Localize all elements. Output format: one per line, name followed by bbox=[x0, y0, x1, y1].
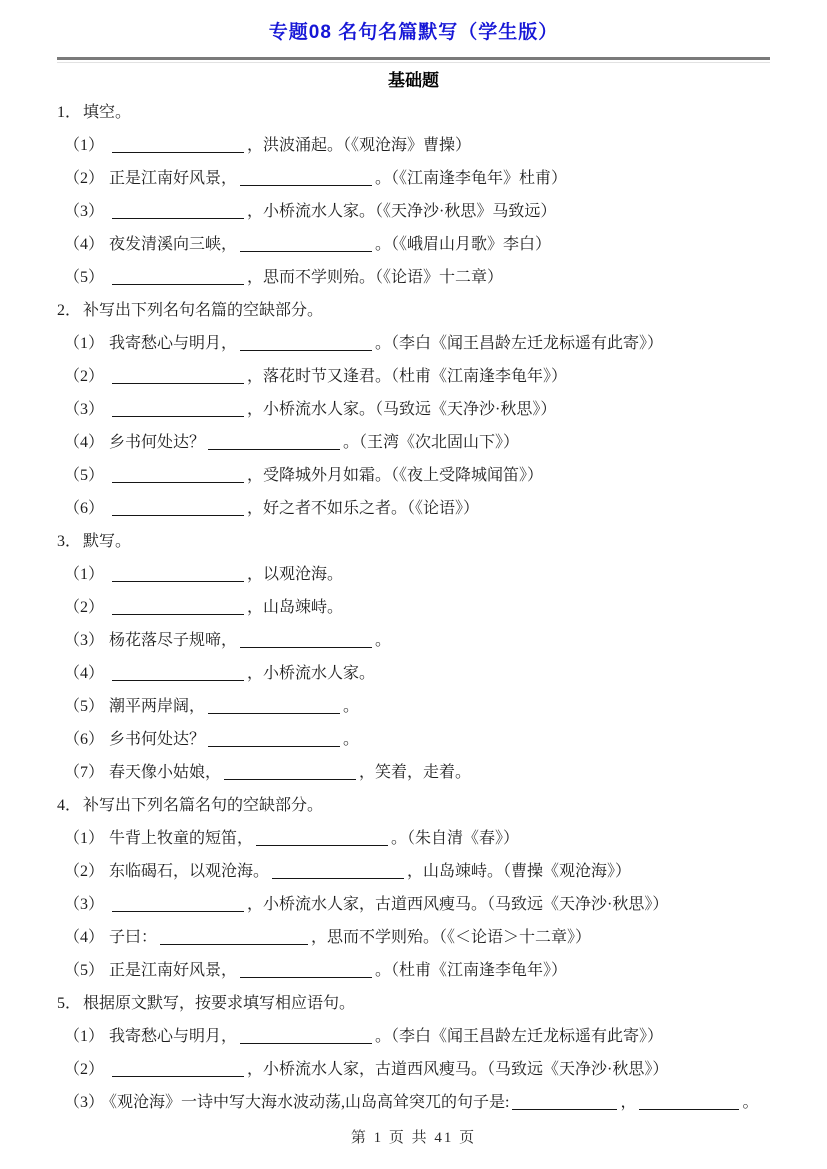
answer-blank bbox=[208, 701, 340, 714]
item-text: 乡书何处达？ bbox=[109, 731, 205, 748]
item-text: 夜发清溪向三峡， bbox=[109, 236, 237, 253]
answer-blank bbox=[272, 866, 404, 879]
answer-blank bbox=[112, 206, 244, 219]
item-label: （2） bbox=[64, 863, 104, 880]
question-item: （6），好之者不如乐之者。（《论语》） bbox=[57, 492, 770, 525]
answer-blank bbox=[112, 404, 244, 417]
question-item: （3），小桥流水人家，古道西风瘦马。（马致远《天净沙·秋思》） bbox=[57, 888, 770, 921]
item-text: 我寄愁心与明月， bbox=[109, 1028, 237, 1045]
item-text: ，落花时节又逢君。（杜甫《江南逢李龟年》） bbox=[247, 368, 567, 385]
question-prompt: 默写。 bbox=[83, 533, 131, 550]
item-text: ，小桥流水人家。（《天净沙·秋思》马致远） bbox=[247, 203, 556, 220]
item-text: ，洪波涌起。（《观沧海》曹操） bbox=[247, 137, 471, 154]
answer-blank bbox=[240, 635, 372, 648]
item-label: （2） bbox=[64, 599, 104, 616]
item-label: （2） bbox=[64, 170, 104, 187]
answer-blank bbox=[240, 239, 372, 252]
item-text: 。（《江南逢李龟年》杜甫） bbox=[375, 170, 567, 187]
answer-blank bbox=[639, 1097, 739, 1110]
item-label: （6） bbox=[64, 731, 104, 748]
item-label: （5） bbox=[64, 698, 104, 715]
item-text: ，山岛竦峙。 bbox=[247, 599, 343, 616]
question-item: （2），小桥流水人家，古道西风瘦马。（马致远《天净沙·秋思》） bbox=[57, 1053, 770, 1086]
answer-blank bbox=[208, 437, 340, 450]
answer-blank bbox=[208, 734, 340, 747]
question-item: （2）正是江南好风景，。（《江南逢李龟年》杜甫） bbox=[57, 162, 770, 195]
question-item: （4），小桥流水人家。 bbox=[57, 657, 770, 690]
question-header: 4．补写出下列名篇名句的空缺部分。 bbox=[57, 789, 770, 822]
item-text: 。 bbox=[343, 698, 359, 715]
question-item: （3），小桥流水人家。（《天净沙·秋思》马致远） bbox=[57, 195, 770, 228]
answer-blank bbox=[112, 140, 244, 153]
item-text: ， bbox=[620, 1094, 636, 1111]
item-label: （3） bbox=[64, 203, 104, 220]
item-label: （1） bbox=[64, 335, 104, 352]
question-item: （5）潮平两岸阔，。 bbox=[57, 690, 770, 723]
item-text: ，思而不学则殆。（《论语》十二章） bbox=[247, 269, 503, 286]
question-header: 1．填空。 bbox=[57, 96, 770, 129]
question-item: （2），落花时节又逢君。（杜甫《江南逢李龟年》） bbox=[57, 360, 770, 393]
item-text: 春天像小姑娘， bbox=[109, 764, 221, 781]
item-label: （5） bbox=[64, 467, 104, 484]
answer-blank bbox=[112, 371, 244, 384]
question-prompt: 补写出下列名句名篇的空缺部分。 bbox=[83, 302, 323, 319]
answer-blank bbox=[240, 173, 372, 186]
item-label: （2） bbox=[64, 1061, 104, 1078]
item-text: 。（李白《闻王昌龄左迁龙标遥有此寄》） bbox=[375, 1028, 663, 1045]
doc-title: 专题08 名句名篇默写（学生版） bbox=[57, 22, 770, 44]
question-item: （1）牛背上牧童的短笛，。（朱自清《春》） bbox=[57, 822, 770, 855]
question-item: （1），洪波涌起。（《观沧海》曹操） bbox=[57, 129, 770, 162]
item-text: 乡书何处达？ bbox=[109, 434, 205, 451]
question-item: （3）《观沧海》一诗中写大海水波动荡,山岛高耸突兀的句子是:，。 bbox=[57, 1086, 770, 1119]
item-text: 。（《峨眉山月歌》李白） bbox=[375, 236, 551, 253]
question-number: 2． bbox=[57, 302, 81, 319]
item-text: 牛背上牧童的短笛， bbox=[109, 830, 253, 847]
item-text: 正是江南好风景， bbox=[109, 962, 237, 979]
item-label: （4） bbox=[64, 665, 104, 682]
item-text: ，小桥流水人家，古道西风瘦马。（马致远《天净沙·秋思》） bbox=[247, 896, 668, 913]
section-heading: 基础题 bbox=[57, 70, 770, 91]
item-label: （1） bbox=[64, 566, 104, 583]
item-label: （5） bbox=[64, 962, 104, 979]
item-label: （1） bbox=[64, 137, 104, 154]
item-text: 。 bbox=[343, 731, 359, 748]
item-text: 。（王湾《次北固山下》） bbox=[343, 434, 519, 451]
item-label: （3） bbox=[64, 896, 104, 913]
item-text: ，好之者不如乐之者。（《论语》） bbox=[247, 500, 479, 517]
question-item: （6）乡书何处达？。 bbox=[57, 723, 770, 756]
answer-blank bbox=[240, 1031, 372, 1044]
question-prompt: 补写出下列名篇名句的空缺部分。 bbox=[83, 797, 323, 814]
question-header: 3．默写。 bbox=[57, 525, 770, 558]
item-label: （3） bbox=[64, 1094, 104, 1111]
question-number: 3． bbox=[57, 533, 81, 550]
item-text: ，小桥流水人家，古道西风瘦马。（马致远《天净沙·秋思》） bbox=[247, 1061, 668, 1078]
item-label: （1） bbox=[64, 1028, 104, 1045]
answer-blank bbox=[512, 1097, 617, 1110]
answer-blank bbox=[160, 932, 308, 945]
item-label: （3） bbox=[64, 632, 104, 649]
item-label: （7） bbox=[64, 764, 104, 781]
answer-blank bbox=[256, 833, 388, 846]
question-prompt: 根据原文默写，按要求填写相应语句。 bbox=[83, 995, 355, 1012]
question-prompt: 填空。 bbox=[83, 104, 131, 121]
item-text: 《观沧海》一诗中写大海水波动荡,山岛高耸突兀的句子是: bbox=[109, 1094, 509, 1111]
item-text: 杨花落尽子规啼， bbox=[109, 632, 237, 649]
item-text: 东临碣石，以观沧海。 bbox=[109, 863, 269, 880]
question-item: （7）春天像小姑娘，，笑着，走着。 bbox=[57, 756, 770, 789]
question-item: （2）东临碣石，以观沧海。，山岛竦峙。（曹操《观沧海》） bbox=[57, 855, 770, 888]
answer-blank bbox=[112, 602, 244, 615]
question-item: （5），受降城外月如霜。（《夜上受降城闻笛》） bbox=[57, 459, 770, 492]
answer-blank bbox=[112, 1064, 244, 1077]
answer-blank bbox=[112, 470, 244, 483]
answer-blank bbox=[112, 272, 244, 285]
answer-blank bbox=[112, 569, 244, 582]
question-item: （1），以观沧海。 bbox=[57, 558, 770, 591]
item-text: ，思而不学则殆。（《＜论语＞十二章》） bbox=[311, 929, 591, 946]
item-text: 潮平两岸阔， bbox=[109, 698, 205, 715]
item-text: 。（李白《闻王昌龄左迁龙标遥有此寄》） bbox=[375, 335, 663, 352]
item-label: （4） bbox=[64, 434, 104, 451]
question-item: （5）正是江南好风景，。（杜甫《江南逢李龟年》） bbox=[57, 954, 770, 987]
answer-blank bbox=[112, 503, 244, 516]
question-item: （4）夜发清溪向三峡，。（《峨眉山月歌》李白） bbox=[57, 228, 770, 261]
answer-blank bbox=[240, 965, 372, 978]
question-item: （2），山岛竦峙。 bbox=[57, 591, 770, 624]
item-text: 。 bbox=[742, 1094, 758, 1111]
item-text: 子曰： bbox=[109, 929, 157, 946]
question-item: （4）乡书何处达？。（王湾《次北固山下》） bbox=[57, 426, 770, 459]
item-text: ，小桥流水人家。 bbox=[247, 665, 375, 682]
item-text: ，小桥流水人家。（马致远《天净沙·秋思》） bbox=[247, 401, 556, 418]
question-item: （1）我寄愁心与明月，。（李白《闻王昌龄左迁龙标遥有此寄》） bbox=[57, 1020, 770, 1053]
question-header: 2．补写出下列名句名篇的空缺部分。 bbox=[57, 294, 770, 327]
item-text: 。 bbox=[375, 632, 391, 649]
item-label: （4） bbox=[64, 929, 104, 946]
item-label: （3） bbox=[64, 401, 104, 418]
item-text: 。（朱自清《春》） bbox=[391, 830, 519, 847]
item-label: （6） bbox=[64, 500, 104, 517]
title-divider bbox=[57, 57, 770, 60]
question-item: （4）子曰：，思而不学则殆。（《＜论语＞十二章》） bbox=[57, 921, 770, 954]
document-page: 专题08 名句名篇默写（学生版） 基础题 1．填空。（1），洪波涌起。（《观沧海… bbox=[0, 0, 827, 1169]
question-number: 4． bbox=[57, 797, 81, 814]
item-text: ，以观沧海。 bbox=[247, 566, 343, 583]
page-footer: 第 1 页 共 41 页 bbox=[57, 1126, 770, 1147]
question-item: （1）我寄愁心与明月，。（李白《闻王昌龄左迁龙标遥有此寄》） bbox=[57, 327, 770, 360]
item-text: 我寄愁心与明月， bbox=[109, 335, 237, 352]
answer-blank bbox=[224, 767, 356, 780]
item-label: （4） bbox=[64, 236, 104, 253]
item-label: （5） bbox=[64, 269, 104, 286]
question-item: （3），小桥流水人家。（马致远《天净沙·秋思》） bbox=[57, 393, 770, 426]
answer-blank bbox=[112, 668, 244, 681]
question-header: 5．根据原文默写，按要求填写相应语句。 bbox=[57, 987, 770, 1020]
question-number: 5． bbox=[57, 995, 81, 1012]
item-label: （2） bbox=[64, 368, 104, 385]
answer-blank bbox=[112, 899, 244, 912]
questions-container: 1．填空。（1），洪波涌起。（《观沧海》曹操）（2）正是江南好风景，。（《江南逢… bbox=[57, 96, 770, 1119]
item-label: （1） bbox=[64, 830, 104, 847]
answer-blank bbox=[240, 338, 372, 351]
item-text: ，笑着，走着。 bbox=[359, 764, 471, 781]
item-text: ，山岛竦峙。（曹操《观沧海》） bbox=[407, 863, 631, 880]
question-item: （5），思而不学则殆。（《论语》十二章） bbox=[57, 261, 770, 294]
question-number: 1． bbox=[57, 104, 81, 121]
item-text: 正是江南好风景， bbox=[109, 170, 237, 187]
item-text: ，受降城外月如霜。（《夜上受降城闻笛》） bbox=[247, 467, 543, 484]
question-item: （3）杨花落尽子规啼，。 bbox=[57, 624, 770, 657]
item-text: 。（杜甫《江南逢李龟年》） bbox=[375, 962, 567, 979]
